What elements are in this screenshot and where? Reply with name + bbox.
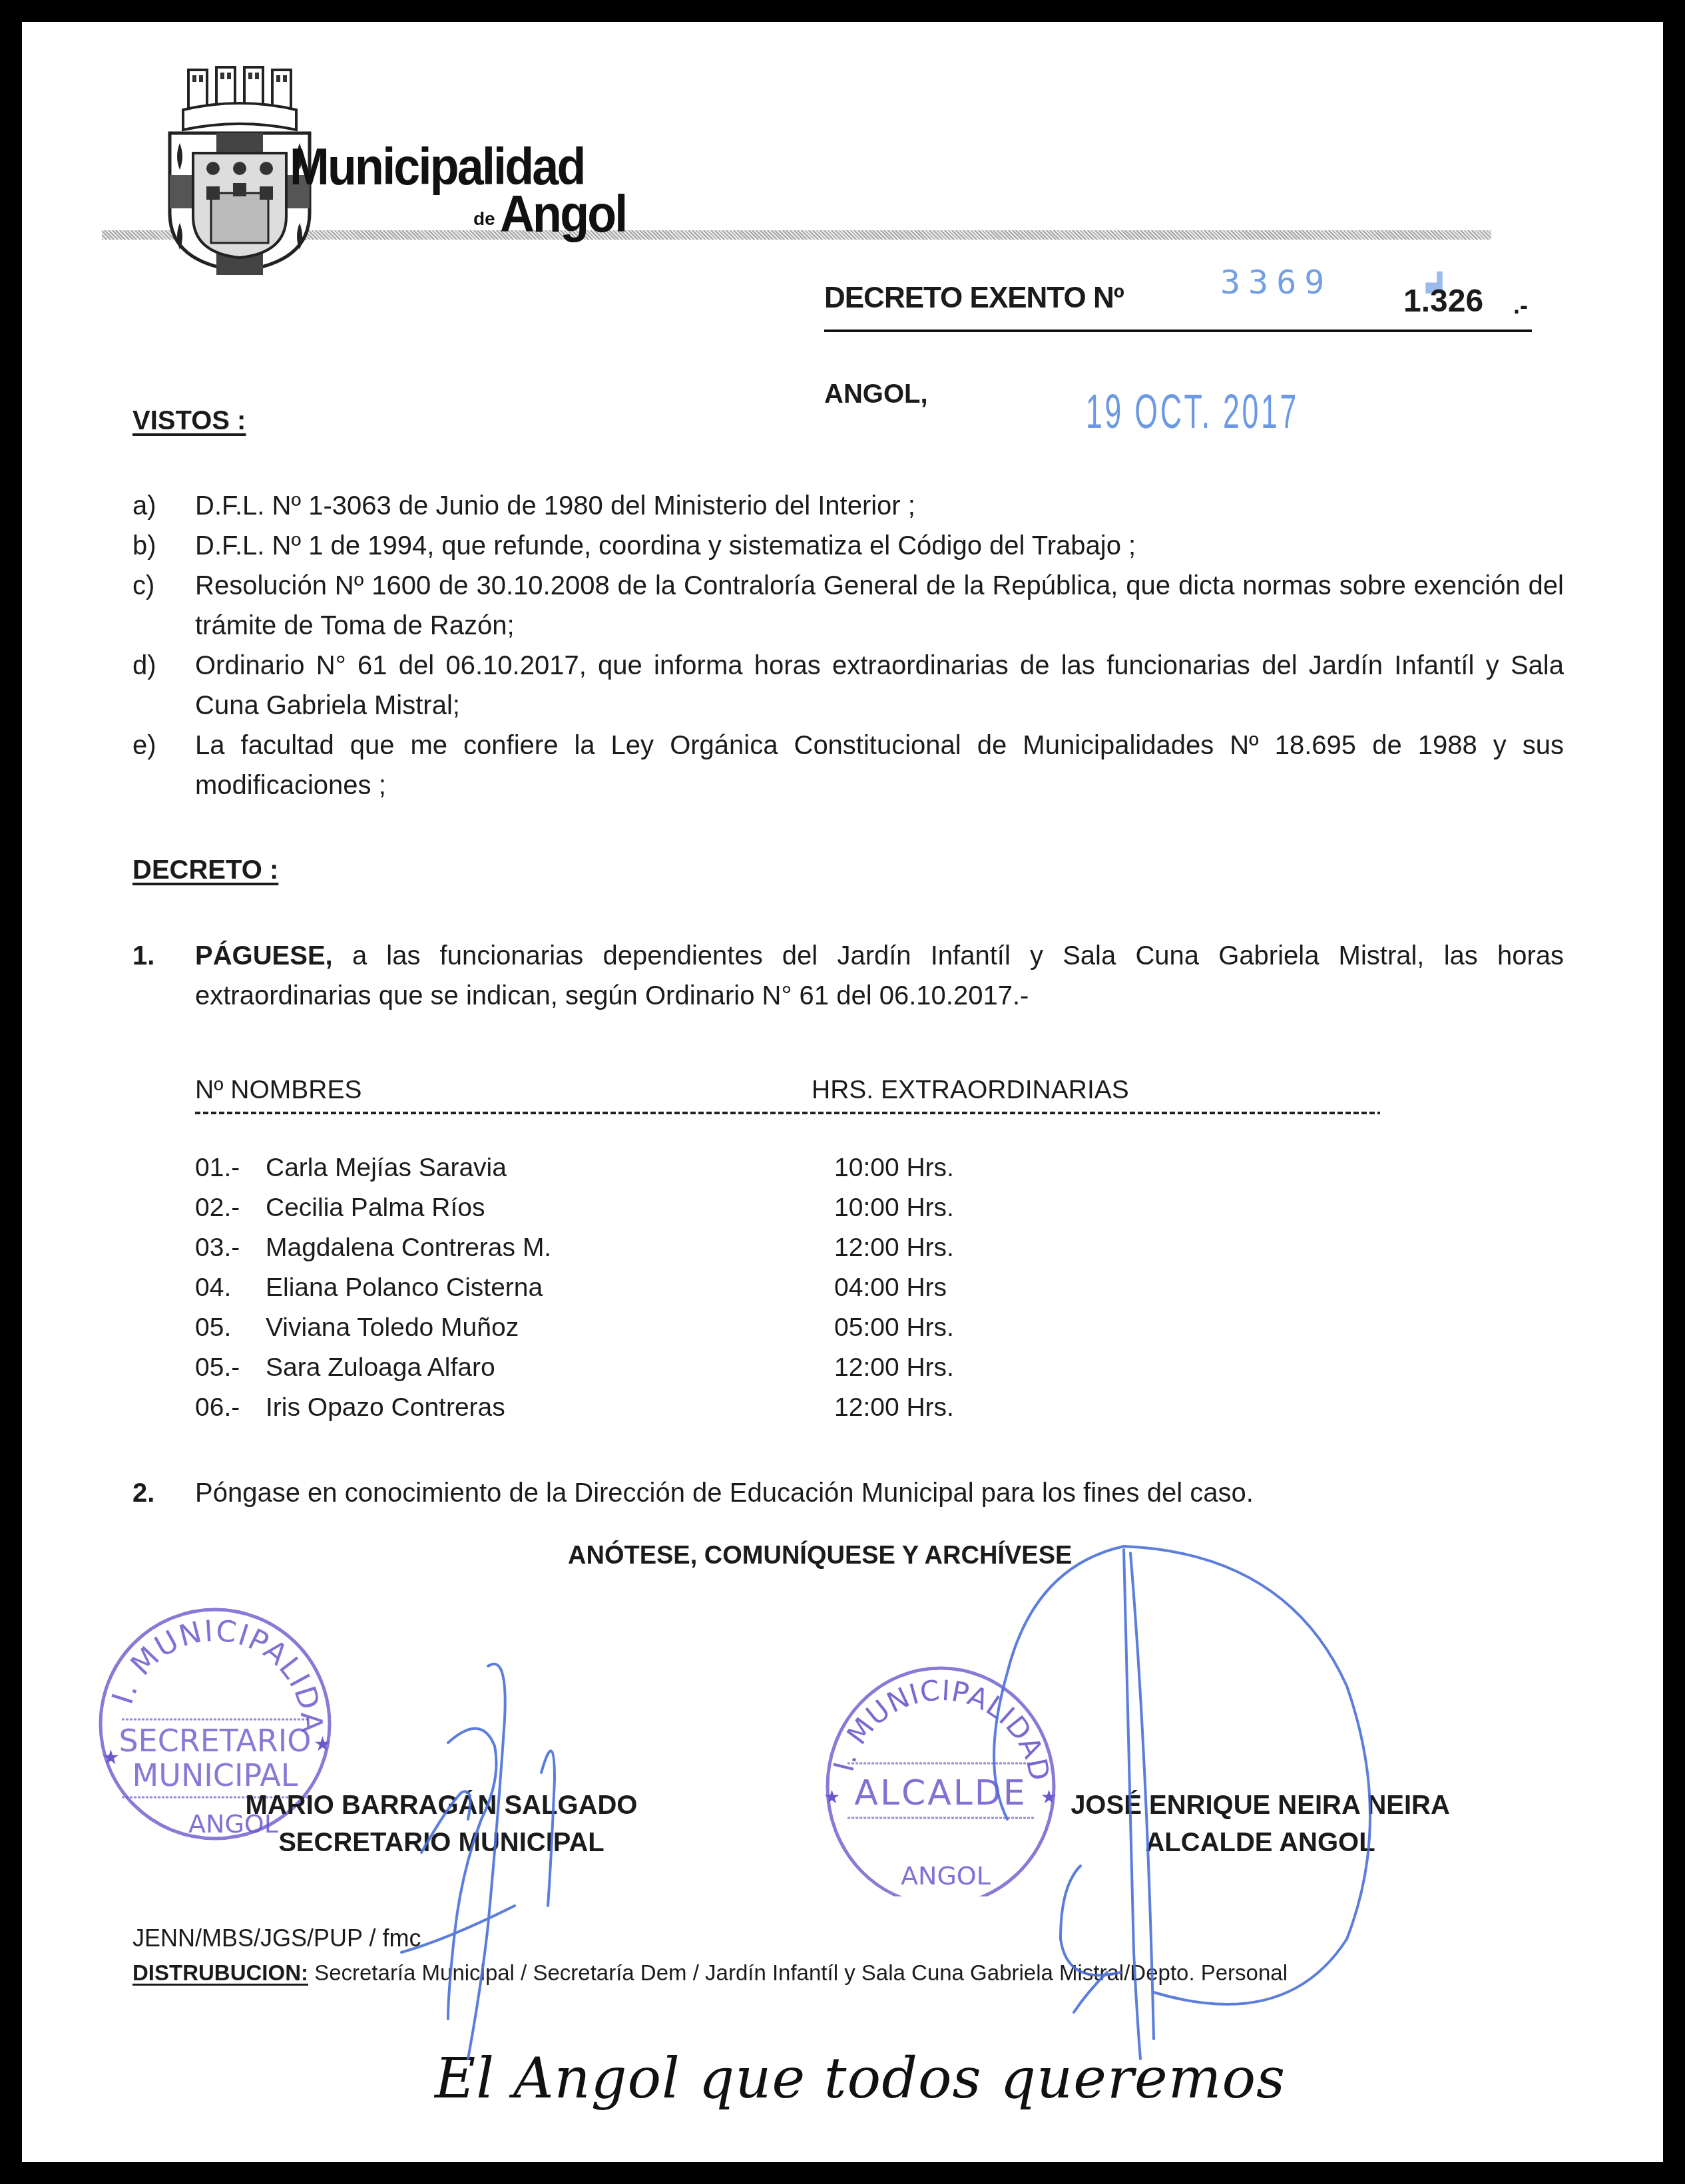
- decree-underline: [824, 329, 1532, 332]
- visto-text: Resolución Nº 1600 de 30.10.2008 de la C…: [195, 566, 1564, 646]
- row-number: 06.-: [195, 1393, 240, 1422]
- visto-letter: e): [132, 726, 195, 805]
- brand-city: Angol: [500, 184, 626, 244]
- svg-text:I. MUNICIPALIDAD: I. MUNICIPALIDAD: [827, 1673, 1056, 1784]
- decree-number-suffix: .-: [1513, 292, 1528, 320]
- svg-text:I. MUNICIPALIDAD: I. MUNICIPALIDAD: [89, 1601, 329, 1734]
- closing-formula: ANÓTESE, COMUNÍQUESE Y ARCHÍVESE: [568, 1542, 1072, 1570]
- row-number: 05.: [195, 1313, 231, 1343]
- distribution-line: DISTRUBUCION: Secretaría Municipal / Sec…: [132, 1960, 1288, 1986]
- visto-item: d) Ordinario N° 61 del 06.10.2017, que i…: [132, 646, 1564, 726]
- row-number: 01.-: [195, 1154, 240, 1183]
- brand-connector: de: [473, 208, 495, 230]
- svg-text:★: ★: [102, 1747, 120, 1769]
- visto-letter: a): [132, 486, 195, 526]
- employee-name: Carla Mejías Saravia: [266, 1154, 507, 1183]
- decree-label: DECRETO EXENTO Nº: [824, 282, 1124, 315]
- date-stamp: 19 OCT. 2017: [1086, 385, 1299, 439]
- overtime-hours: 05:00 Hrs.: [834, 1313, 954, 1343]
- signatory-left-name: MARIO BARRAGÁN SALGADO: [242, 1791, 641, 1821]
- svg-text:★: ★: [824, 1787, 840, 1807]
- document-page: Municipalidad de Angol DECRETO EXENTO Nº…: [22, 22, 1663, 2162]
- visto-text: Ordinario N° 61 del 06.10.2017, que info…: [195, 646, 1564, 726]
- visto-item: e) La facultad que me confiere la Ley Or…: [132, 726, 1564, 805]
- visto-letter: d): [132, 646, 195, 726]
- municipal-motto: El Angol que todos queremos: [435, 2046, 1286, 2111]
- visto-text: D.F.L. Nº 1-3063 de Junio de 1980 del Mi…: [195, 486, 1564, 526]
- overtime-hours: 12:00 Hrs.: [834, 1353, 954, 1383]
- seal-alcalde-icon: I. MUNICIPALIDAD ALCALDE ★ ★ ANGOL: [814, 1663, 1067, 1896]
- decree-number: 1.326: [1403, 283, 1483, 320]
- employee-name: Cecilia Palma Ríos: [266, 1194, 485, 1223]
- employee-name: Eliana Polanco Cisterna: [266, 1273, 543, 1303]
- svg-text:★: ★: [1041, 1787, 1057, 1807]
- visto-text: D.F.L. Nº 1 de 1994, que refunde, coordi…: [195, 526, 1564, 566]
- visto-item: b) D.F.L. Nº 1 de 1994, que refunde, coo…: [132, 526, 1564, 566]
- overtime-hours: 04:00 Hrs: [834, 1273, 947, 1303]
- signatory-right-title: ALCALDE ANGOL: [1061, 1828, 1460, 1858]
- overtime-hours: 12:00 Hrs.: [834, 1233, 954, 1263]
- overtime-hours: 10:00 Hrs.: [834, 1194, 954, 1223]
- svg-text:ANGOL: ANGOL: [901, 1861, 991, 1890]
- city-label: ANGOL,: [824, 379, 928, 409]
- table-divider: [195, 1112, 1380, 1114]
- decree-item-number: 2.: [132, 1473, 195, 1513]
- decree-item-body: a las funcionarias dependientes del Jard…: [195, 941, 1564, 1010]
- decree-item-text: PÁGUESE, a las funcionarias dependientes…: [195, 936, 1564, 1016]
- visto-text: La facultad que me confiere la Ley Orgán…: [195, 726, 1564, 805]
- distribution-label: DISTRUBUCION:: [132, 1960, 308, 1985]
- signatory-left-title: SECRETARIO MUNICIPAL: [242, 1828, 641, 1858]
- visto-letter: c): [132, 566, 195, 646]
- section-title-decreto: DECRETO :: [132, 855, 278, 885]
- distribution-text: Secretaría Municipal / Secretaría Dem / …: [308, 1960, 1288, 1985]
- row-number: 03.-: [195, 1233, 240, 1263]
- svg-text:MUNICIPAL: MUNICIPAL: [132, 1757, 298, 1793]
- employee-name: Sara Zuloaga Alfaro: [266, 1353, 495, 1383]
- signatory-right-name: JOSÉ ENRIQUE NEIRA NEIRA: [1061, 1791, 1460, 1821]
- svg-text:ALCALDE: ALCALDE: [854, 1773, 1027, 1813]
- decree-item-2: 2. Póngase en conocimiento de la Direcci…: [132, 1473, 1564, 1513]
- employee-name: Magdalena Contreras M.: [266, 1233, 551, 1263]
- decree-item-number: 1.: [132, 936, 195, 1016]
- visto-item: c) Resolución Nº 1600 de 30.10.2008 de l…: [132, 566, 1564, 646]
- row-number: 04.: [195, 1273, 231, 1303]
- row-number: 02.-: [195, 1194, 240, 1223]
- employee-name: Iris Opazo Contreras: [266, 1393, 505, 1422]
- svg-text:SECRETARIO: SECRETARIO: [119, 1723, 311, 1759]
- visto-item: a) D.F.L. Nº 1-3063 de Junio de 1980 del…: [132, 486, 1564, 526]
- overtime-hours: 12:00 Hrs.: [834, 1393, 954, 1422]
- employee-name: Viviana Toledo Muñoz: [266, 1313, 519, 1343]
- overtime-hours: 10:00 Hrs.: [834, 1154, 954, 1183]
- row-number: 05.-: [195, 1353, 240, 1383]
- reference-initials: JENN/MBS/JGS/PUP / fmc: [132, 1924, 421, 1952]
- visto-letter: b): [132, 526, 195, 566]
- table-header-names: Nº NOMBRES: [195, 1076, 361, 1105]
- section-title-vistos: VISTOS :: [132, 406, 246, 436]
- decree-item-text: Póngase en conocimiento de la Dirección …: [195, 1473, 1564, 1513]
- stamp-number: 3369: [1220, 263, 1332, 302]
- svg-text:★: ★: [314, 1733, 332, 1755]
- decree-item-lead: PÁGUESE,: [195, 941, 333, 971]
- table-header-hours: HRS. EXTRAORDINARIAS: [812, 1076, 1129, 1105]
- decree-item-1: 1. PÁGUESE, a las funcionarias dependien…: [132, 936, 1564, 1016]
